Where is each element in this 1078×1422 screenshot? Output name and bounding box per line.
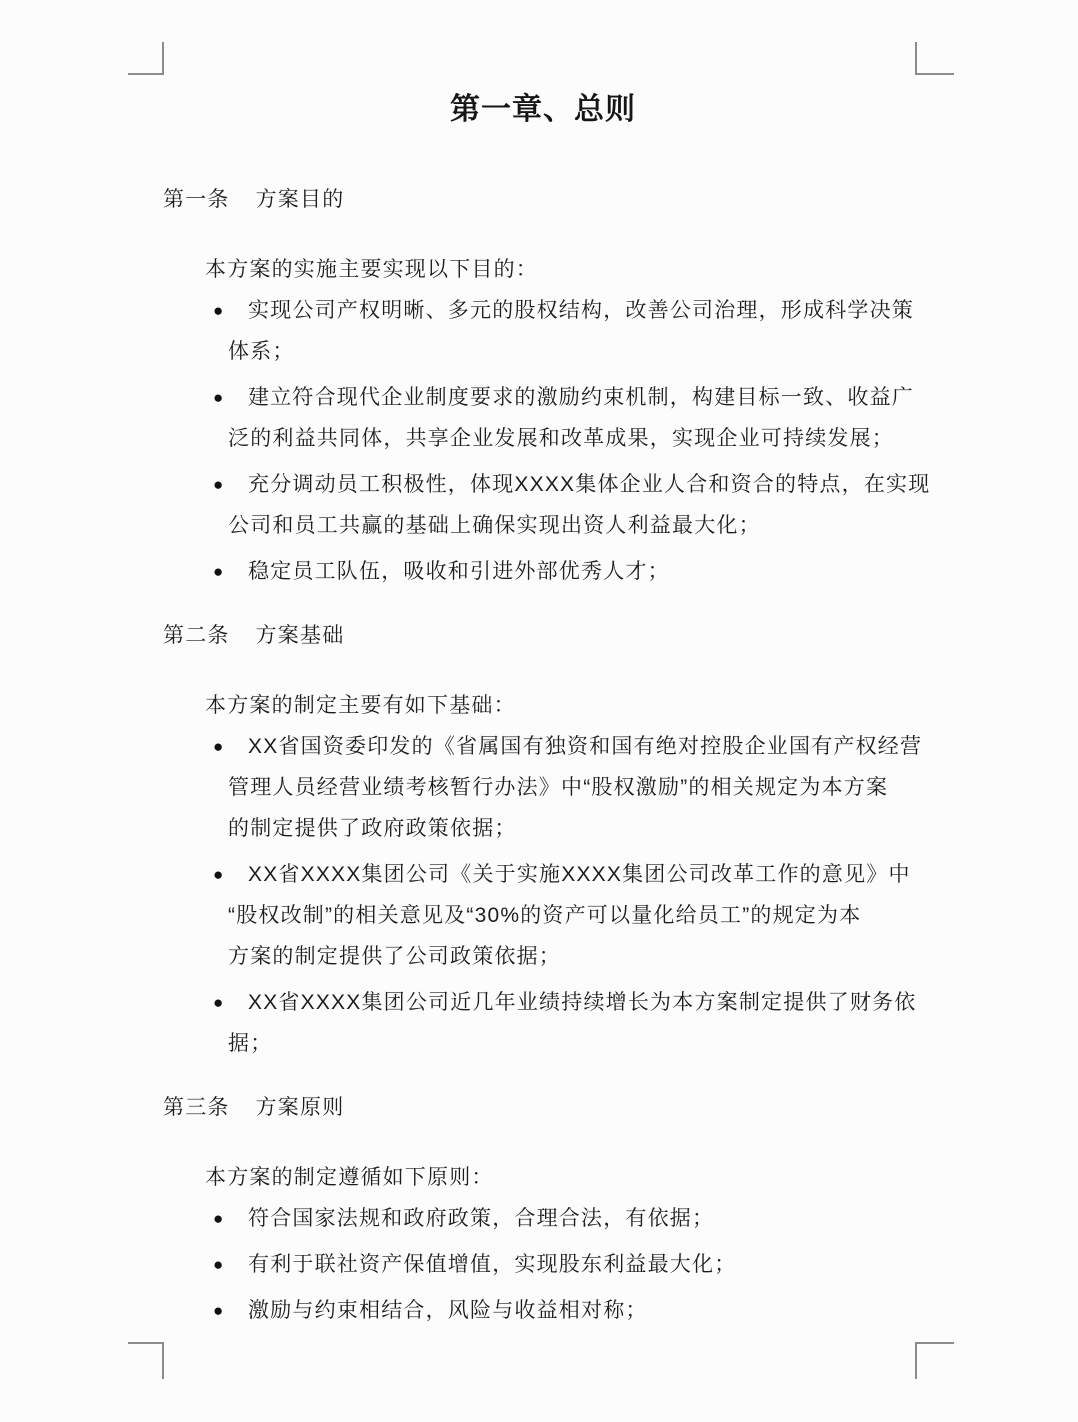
crop-mark-top-left-icon (128, 42, 164, 75)
bullet-item: ● 有利于联社资产保值增值，实现股东利益最大化； (213, 1244, 923, 1285)
article-title: 方案原则 (256, 1096, 345, 1119)
bullet-icon: ● (213, 290, 229, 331)
bullet-line: 激励与约束相结合，风险与收益相对称； (248, 1290, 923, 1331)
bullet-line: 管理人员经营业绩考核暂行办法》中“股权激励”的相关规定为本方案 (228, 767, 923, 808)
article-number: 第三条 (163, 1096, 230, 1119)
document-page: 第一章、总则 第一条方案目的 本方案的实施主要实现以下目的： ● 实现公司产权明… (0, 0, 1078, 1422)
bullet-line: XX省XXXX集团公司《关于实施XXXX集团公司改革工作的意见》中 (248, 854, 923, 895)
article-section-2: 第二条方案基础 本方案的制定主要有如下基础： ● XX省国资委印发的《省属国有独… (163, 615, 923, 1064)
bullet-line: 有利于联社资产保值增值，实现股东利益最大化； (248, 1244, 923, 1285)
bullet-list: ● XX省国资委印发的《省属国有独资和国有绝对控股企业国有产权经营 管理人员经营… (213, 726, 923, 1064)
bullet-line: 的制定提供了政府政策依据； (228, 808, 923, 849)
bullet-item: ● XX省国资委印发的《省属国有独资和国有绝对控股企业国有产权经营 管理人员经营… (213, 726, 923, 849)
bullet-item: ● 符合国家法规和政府政策，合理合法，有依据； (213, 1198, 923, 1239)
bullet-line: 充分调动员工积极性，体现XXXX集体企业人合和资合的特点，在实现 (248, 464, 923, 505)
bullet-line: “股权改制”的相关意见及“30%的资产可以量化给员工”的规定为本 (228, 895, 923, 936)
page-content: 第一章、总则 第一条方案目的 本方案的实施主要实现以下目的： ● 实现公司产权明… (163, 0, 923, 1331)
chapter-title: 第一章、总则 (163, 88, 923, 132)
bullet-item: ● 激励与约束相结合，风险与收益相对称； (213, 1290, 923, 1331)
article-heading: 第三条方案原则 (163, 1087, 923, 1128)
bullet-line: 公司和员工共赢的基础上确保实现出资人利益最大化； (228, 505, 923, 546)
bullet-icon: ● (213, 464, 229, 505)
article-number: 第一条 (163, 188, 230, 211)
bullet-icon: ● (213, 377, 229, 418)
bullet-list: ● 符合国家法规和政府政策，合理合法，有依据； ● 有利于联社资产保值增值，实现… (213, 1198, 923, 1331)
bullet-line: XX省XXXX集团公司近几年业绩持续增长为本方案制定提供了财务依 (248, 982, 923, 1023)
article-section-3: 第三条方案原则 本方案的制定遵循如下原则： ● 符合国家法规和政府政策，合理合法… (163, 1087, 923, 1331)
bullet-icon: ● (213, 1198, 229, 1239)
bullet-line: 方案的制定提供了公司政策依据； (228, 936, 923, 977)
crop-mark-bottom-left-icon (128, 1342, 164, 1379)
article-section-1: 第一条方案目的 本方案的实施主要实现以下目的： ● 实现公司产权明晰、多元的股权… (163, 179, 923, 592)
bullet-icon: ● (213, 982, 229, 1023)
section-intro: 本方案的制定遵循如下原则： (205, 1157, 923, 1198)
article-heading: 第一条方案目的 (163, 179, 923, 220)
crop-mark-bottom-right-icon (915, 1342, 954, 1379)
bullet-icon: ● (213, 551, 229, 592)
section-intro: 本方案的实施主要实现以下目的： (205, 249, 923, 290)
bullet-icon: ● (213, 854, 229, 895)
section-intro: 本方案的制定主要有如下基础： (205, 685, 923, 726)
bullet-item: ● 实现公司产权明晰、多元的股权结构，改善公司治理，形成科学决策 体系； (213, 290, 923, 372)
article-title: 方案基础 (256, 624, 345, 647)
bullet-icon: ● (213, 726, 229, 767)
bullet-line: 据； (228, 1023, 923, 1064)
bullet-line: 泛的利益共同体，共享企业发展和改革成果，实现企业可持续发展； (228, 418, 923, 459)
bullet-item: ● 充分调动员工积极性，体现XXXX集体企业人合和资合的特点，在实现 公司和员工… (213, 464, 923, 546)
bullet-line: 体系； (228, 331, 923, 372)
bullet-line: 实现公司产权明晰、多元的股权结构，改善公司治理，形成科学决策 (248, 290, 923, 331)
bullet-item: ● XX省XXXX集团公司近几年业绩持续增长为本方案制定提供了财务依 据； (213, 982, 923, 1064)
bullet-line: 稳定员工队伍，吸收和引进外部优秀人才； (248, 551, 923, 592)
article-heading: 第二条方案基础 (163, 615, 923, 656)
bullet-line: XX省国资委印发的《省属国有独资和国有绝对控股企业国有产权经营 (248, 726, 923, 767)
article-title: 方案目的 (256, 188, 345, 211)
bullet-icon: ● (213, 1290, 229, 1331)
bullet-item: ● XX省XXXX集团公司《关于实施XXXX集团公司改革工作的意见》中 “股权改… (213, 854, 923, 977)
bullet-list: ● 实现公司产权明晰、多元的股权结构，改善公司治理，形成科学决策 体系； ● 建… (213, 290, 923, 592)
bullet-line: 符合国家法规和政府政策，合理合法，有依据； (248, 1198, 923, 1239)
bullet-line: 建立符合现代企业制度要求的激励约束机制，构建目标一致、收益广 (248, 377, 923, 418)
article-number: 第二条 (163, 624, 230, 647)
bullet-item: ● 建立符合现代企业制度要求的激励约束机制，构建目标一致、收益广 泛的利益共同体… (213, 377, 923, 459)
bullet-icon: ● (213, 1244, 229, 1285)
bullet-item: ● 稳定员工队伍，吸收和引进外部优秀人才； (213, 551, 923, 592)
